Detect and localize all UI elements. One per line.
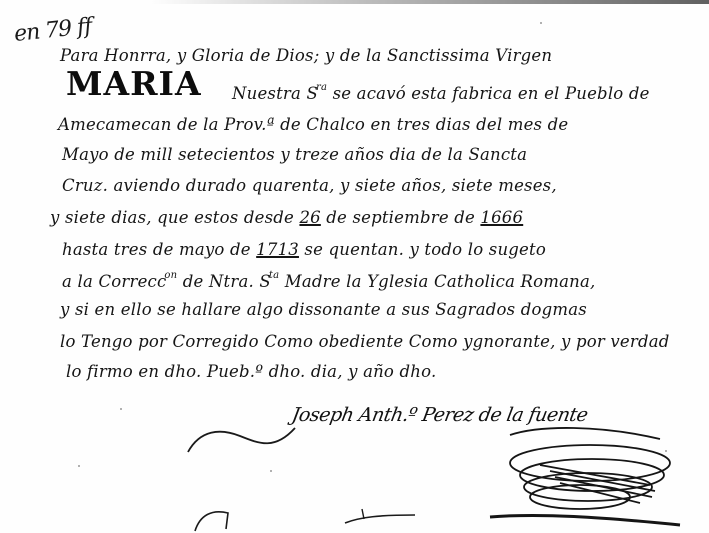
- text-line-7: hasta tres de mayo de 1713 se quentan. y…: [62, 240, 546, 259]
- paper-speck: [270, 470, 272, 472]
- signature-underline-stroke: [340, 505, 420, 530]
- text-line-3: Amecamecan de la Prov.ª de Chalco en tre…: [58, 115, 568, 134]
- paper-speck: [540, 22, 542, 24]
- paper-speck: [120, 408, 122, 410]
- date-year-end: 1713: [256, 240, 299, 259]
- signature-rubric: [480, 425, 700, 533]
- document-page: en 79 ff Para Honrra, y Gloria de Dios; …: [0, 0, 709, 533]
- heading-maria: MARIA: [66, 64, 202, 103]
- text-line-1: Para Honrra, y Gloria de Dios; y de la S…: [60, 46, 552, 65]
- text-line-11: lo firmo en dho. Pueb.º dho. dia, y año …: [66, 362, 436, 381]
- text-line-9: y si en ello se hallare algo dissonante …: [60, 300, 587, 319]
- text-line-2: Nuestra Sra se acavó esta fabrica en el …: [232, 82, 650, 103]
- signature: Joseph Anth.º Perez de la fuente: [290, 404, 589, 426]
- margin-note: en 79 ff: [13, 14, 93, 47]
- paper-speck: [78, 465, 80, 467]
- text-line-10: lo Tengo por Corregido Como obediente Co…: [60, 332, 670, 351]
- text-line-8: a la Correccon de Ntra. Sta Madre la Ygl…: [62, 270, 596, 291]
- date-year-start: 1666: [480, 208, 523, 227]
- text-line-5: Cruz. aviendo durado quarenta, y siete a…: [62, 176, 557, 195]
- text-line-6: y siete dias, que estos desde 26 de sept…: [50, 208, 523, 227]
- bottom-flourish: [190, 505, 250, 533]
- paper-speck: [665, 450, 667, 452]
- text-line-4: Mayo de mill setecientos y treze años di…: [62, 145, 527, 164]
- page-top-edge: [150, 0, 709, 4]
- signature-flourish-left: [180, 420, 300, 460]
- date-day: 26: [299, 208, 320, 227]
